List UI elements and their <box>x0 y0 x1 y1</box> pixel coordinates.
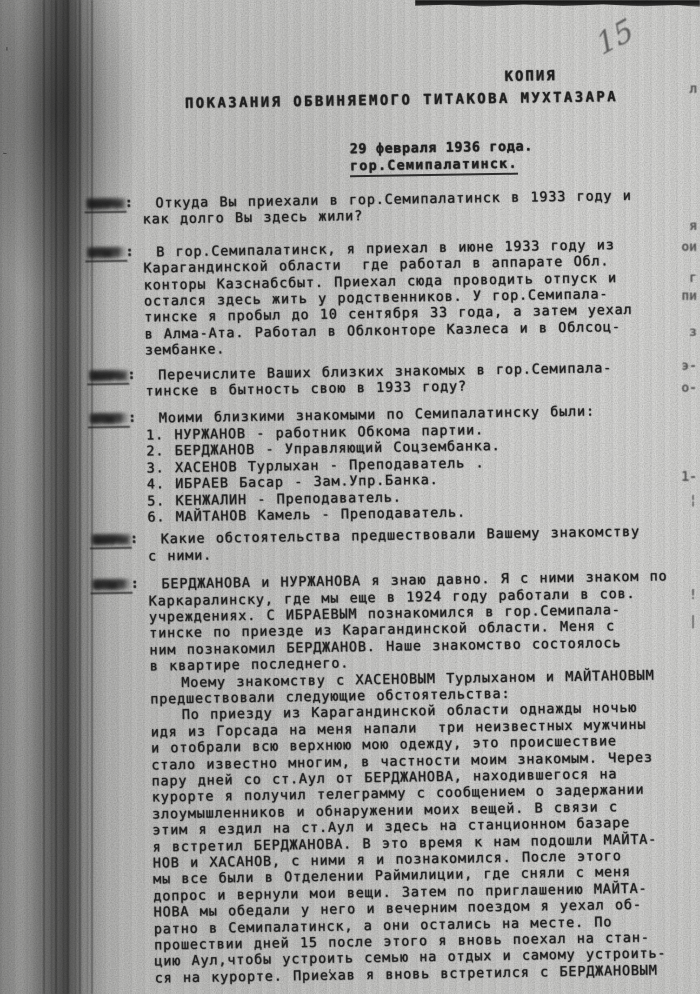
margin-label-colon: : <box>128 411 137 428</box>
margin-label-text: ВОПРОС <box>88 197 125 214</box>
qa-block: ВОПРОС: Перечислите Ваших близких знаком… <box>145 359 645 400</box>
margin-label-text: ОТВЕТ <box>89 246 120 263</box>
scanned-document-page: 15 КОПИЯ ПОКАЗАНИЯ ОБВИНЯЕМОГО ТИТАКОВА … <box>0 0 700 994</box>
qa-lines: Перечислите Ваших близких знакомых в гор… <box>145 359 645 400</box>
document-content: КОПИЯ ПОКАЗАНИЯ ОБВИНЯЕМОГО ТИТАКОВА МУХ… <box>0 0 700 994</box>
copy-label: КОПИЯ <box>504 68 556 85</box>
margin-label-colon: : <box>125 196 134 213</box>
qa-block: ОТВЕТ: Моими близкими знакомыми по Семип… <box>146 403 648 526</box>
margin-label-smudge: ВОПРОС: <box>96 533 140 547</box>
qa-lines: Какие обстоятельства предшествовали Ваше… <box>148 524 648 565</box>
margin-label-text: ВОПРОС <box>91 368 128 385</box>
qa-lines: Откуда Вы приехали в гор.Семипалатинск в… <box>142 188 642 229</box>
date-line: 29 февраля 1936 года. <box>350 138 534 157</box>
margin-label-smudge: ОТВЕТ: <box>94 412 138 426</box>
qa-lines: В гор.Семипалатинск, я приехал в июне 19… <box>143 237 645 360</box>
margin-label-text: ОТВЕТ <box>94 578 125 595</box>
qa-block: ОТВЕТ: В гор.Семипалатинск, я приехал в … <box>143 237 645 360</box>
margin-label-smudge: ВОПРОС: <box>90 197 134 211</box>
margin-label-text: ВОПРОС <box>94 533 131 550</box>
margin-label-smudge: ОТВЕТ: <box>91 245 135 259</box>
qa-block: ВОПРОС: Откуда Вы приехали в гор.Семипал… <box>142 188 642 229</box>
qa-section: ВОПРОС: Откуда Вы приехали в гор.Семипал… <box>142 188 654 987</box>
margin-label-colon: : <box>127 367 136 384</box>
margin-label-text: ОТВЕТ <box>92 412 123 429</box>
qa-block: ВОПРОС: Какие обстоятельства предшествов… <box>148 524 648 565</box>
place-line: гор.Семипалатинск. <box>350 156 518 178</box>
margin-label-smudge: ВОПРОС: <box>93 368 137 382</box>
margin-label-smudge: ОТВЕТ: <box>96 578 140 592</box>
margin-label-colon: : <box>131 577 140 594</box>
date-block: 29 февраля 1936 года. гор.Семипалатинск. <box>350 138 534 177</box>
margin-label-colon: : <box>125 245 134 262</box>
margin-label-colon: : <box>130 532 139 549</box>
qa-lines: БЕРДЖАНОВА и НУРЖАНОВА я знаю давно. Я с… <box>148 569 654 987</box>
qa-lines: Моими близкими знакомыми по Семипалатинс… <box>146 403 648 526</box>
document-title: ПОКАЗАНИЯ ОБВИНЯЕМОГО ТИТАКОВА МУХТАЗАРА <box>185 89 618 112</box>
qa-block: ОТВЕТ: БЕРДЖАНОВА и НУРЖАНОВА я знаю дав… <box>148 569 654 987</box>
